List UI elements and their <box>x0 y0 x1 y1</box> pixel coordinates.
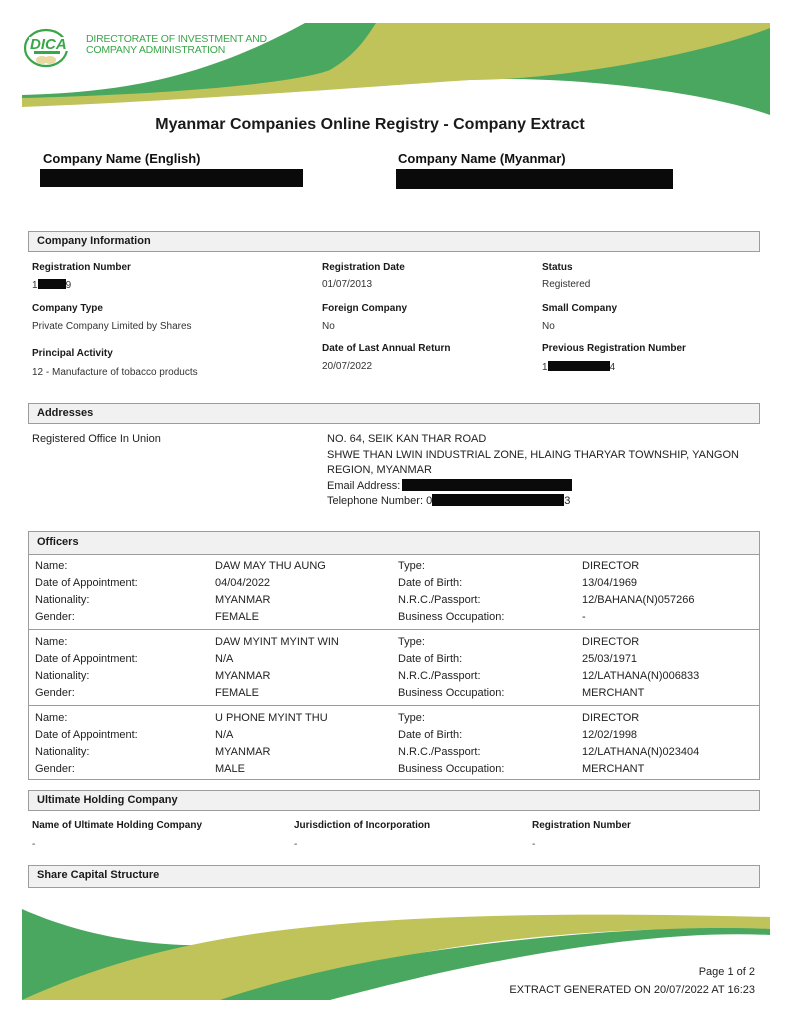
officer-date-of-appointment-label: Date of Appointment: <box>35 651 138 668</box>
officer-date-of-birth-value: 25/03/1971 <box>582 651 699 668</box>
officer-values: DIRECTOR13/04/196912/BAHANA(N)057266- <box>582 558 695 626</box>
officer-gender-label: Gender: <box>35 609 138 626</box>
address-line3: REGION, MYANMAR <box>327 463 757 479</box>
company-name-myanmar-label: Company Name (Myanmar) <box>398 151 566 166</box>
ultimate-holding-name-value: - <box>32 839 35 850</box>
page-title: Myanmar Companies Online Registry - Comp… <box>0 116 740 134</box>
address-line1: NO. 64, SEIK KAN THAR ROAD <box>327 432 757 448</box>
officer-labels: Type:Date of Birth:N.R.C./Passport:Busin… <box>398 710 504 778</box>
section-title: Company Information <box>37 235 151 247</box>
dica-logo-icon: DICA <box>22 24 82 68</box>
officer-business-occupation-label: Business Occupation: <box>398 609 504 626</box>
officer-date-of-birth-label: Date of Birth: <box>398 575 504 592</box>
officer-business-occupation-value: MERCHANT <box>582 685 699 702</box>
officer-date-of-appointment-label: Date of Appointment: <box>35 575 138 592</box>
officer-name-value: DAW MYINT MYINT WIN <box>215 634 339 651</box>
ultimate-holding-name-label: Name of Ultimate Holding Company <box>32 820 202 831</box>
registered-office-label: Registered Office In Union <box>32 432 161 448</box>
previous-registration-number-label: Previous Registration Number <box>542 343 686 354</box>
company-type-value: Private Company Limited by Shares <box>32 321 192 332</box>
officer-nationality-label: Nationality: <box>35 744 138 761</box>
officer-gender-label: Gender: <box>35 761 138 778</box>
extract-generated-timestamp: EXTRACT GENERATED ON 20/07/2022 AT 16:23 <box>509 984 755 996</box>
redacted-reg-number <box>38 279 66 289</box>
organization-name: DIRECTORATE OF INVESTMENT AND COMPANY AD… <box>86 34 267 56</box>
small-company-value: No <box>542 321 555 332</box>
officer-nationality-label: Nationality: <box>35 668 138 685</box>
redacted-email <box>402 479 572 491</box>
email-row: Email Address: <box>327 479 757 495</box>
svg-text:DICA: DICA <box>30 36 67 53</box>
last-annual-return-value: 20/07/2022 <box>322 361 372 372</box>
officer-date-of-appointment-value: N/A <box>215 727 328 744</box>
officer-type-value: DIRECTOR <box>582 558 695 575</box>
header-wave-decoration <box>0 0 791 125</box>
officer-gender-value: MALE <box>215 761 328 778</box>
redacted-phone <box>432 494 564 506</box>
officer-type-label: Type: <box>398 634 504 651</box>
officer-date-of-appointment-value: 04/04/2022 <box>215 575 326 592</box>
officer-business-occupation-value: - <box>582 609 695 626</box>
officer-nrc-passport-label: N.R.C./Passport: <box>398 744 504 761</box>
jurisdiction-label: Jurisdiction of Incorporation <box>294 820 430 831</box>
footer-wave-decoration <box>0 895 791 1024</box>
email-label: Email Address: <box>327 480 400 492</box>
address-line2: SHWE THAN LWIN INDUSTRIAL ZONE, HLAING T… <box>327 448 757 464</box>
officer-values: DIRECTOR12/02/199812/LATHANA(N)023404MER… <box>582 710 699 778</box>
principal-activity-label: Principal Activity <box>32 348 113 359</box>
officer-type-value: DIRECTOR <box>582 710 699 727</box>
previous-registration-number-value: 14 <box>542 361 615 373</box>
officers-list: Name:Date of Appointment:Nationality:Gen… <box>28 554 760 780</box>
section-title: Ultimate Holding Company <box>37 794 178 806</box>
officer-nationality-value: MYANMAR <box>215 668 339 685</box>
officer-gender-value: FEMALE <box>215 609 326 626</box>
officer-values: DAW MYINT MYINT WINN/AMYANMARFEMALE <box>215 634 339 702</box>
officer-business-occupation-label: Business Occupation: <box>398 761 504 778</box>
officer-name-value: U PHONE MYINT THU <box>215 710 328 727</box>
officer-name-label: Name: <box>35 634 138 651</box>
section-header-company-information: Company Information <box>28 231 760 252</box>
company-name-english-label: Company Name (English) <box>43 151 200 166</box>
officer-name-label: Name: <box>35 558 138 575</box>
phone-label: Telephone Number: <box>327 495 423 507</box>
foreign-company-label: Foreign Company <box>322 303 407 314</box>
officer-row: Name:Date of Appointment:Nationality:Gen… <box>29 705 759 781</box>
page-number: Page 1 of 2 <box>699 966 755 978</box>
officer-nrc-passport-value: 12/BAHANA(N)057266 <box>582 592 695 609</box>
officer-labels: Name:Date of Appointment:Nationality:Gen… <box>35 710 138 778</box>
officer-nationality-label: Nationality: <box>35 592 138 609</box>
section-title: Officers <box>37 536 79 548</box>
officer-type-label: Type: <box>398 558 504 575</box>
officer-labels: Type:Date of Birth:N.R.C./Passport:Busin… <box>398 558 504 626</box>
officer-type-label: Type: <box>398 710 504 727</box>
registered-office-address: NO. 64, SEIK KAN THAR ROAD SHWE THAN LWI… <box>327 432 757 510</box>
officer-labels: Name:Date of Appointment:Nationality:Gen… <box>35 634 138 702</box>
section-header-ultimate-holding-company: Ultimate Holding Company <box>28 790 760 811</box>
officer-date-of-appointment-value: N/A <box>215 651 339 668</box>
uhc-registration-number-label: Registration Number <box>532 820 631 831</box>
officer-nrc-passport-label: N.R.C./Passport: <box>398 592 504 609</box>
company-type-label: Company Type <box>32 303 103 314</box>
section-title: Share Capital Structure <box>37 869 159 881</box>
phone-row: Telephone Number: 03 <box>327 494 757 510</box>
section-header-addresses: Addresses <box>28 403 760 424</box>
redacted-company-name-myanmar <box>396 169 673 189</box>
status-value: Registered <box>542 279 590 290</box>
prev-reg-suffix: 4 <box>610 362 616 373</box>
registration-number-value: 19 <box>32 279 71 291</box>
uhc-registration-number-value: - <box>532 839 535 850</box>
registration-date-value: 01/07/2013 <box>322 279 372 290</box>
officer-name-value: DAW MAY THU AUNG <box>215 558 326 575</box>
org-name-line2: COMPANY ADMINISTRATION <box>86 45 267 56</box>
redacted-prev-reg-number <box>548 361 610 371</box>
officer-date-of-birth-value: 13/04/1969 <box>582 575 695 592</box>
status-label: Status <box>542 262 573 273</box>
section-title: Addresses <box>37 407 93 419</box>
officer-type-value: DIRECTOR <box>582 634 699 651</box>
officer-nrc-passport-label: N.R.C./Passport: <box>398 668 504 685</box>
section-header-share-capital-structure: Share Capital Structure <box>28 865 760 888</box>
officer-gender-label: Gender: <box>35 685 138 702</box>
officer-nationality-value: MYANMAR <box>215 592 326 609</box>
officer-business-occupation-label: Business Occupation: <box>398 685 504 702</box>
officer-values: DAW MAY THU AUNG04/04/2022MYANMARFEMALE <box>215 558 326 626</box>
phone-suffix: 3 <box>564 495 570 507</box>
redacted-company-name-english <box>40 169 303 187</box>
officer-date-of-birth-label: Date of Birth: <box>398 727 504 744</box>
officer-business-occupation-value: MERCHANT <box>582 761 699 778</box>
officer-date-of-appointment-label: Date of Appointment: <box>35 727 138 744</box>
dica-logo: DICA <box>22 24 82 68</box>
section-header-officers: Officers <box>28 531 760 555</box>
registration-number-label: Registration Number <box>32 262 131 273</box>
last-annual-return-label: Date of Last Annual Return <box>322 343 451 354</box>
officer-gender-value: FEMALE <box>215 685 339 702</box>
officer-labels: Type:Date of Birth:N.R.C./Passport:Busin… <box>398 634 504 702</box>
officer-nrc-passport-value: 12/LATHANA(N)006833 <box>582 668 699 685</box>
officer-date-of-birth-label: Date of Birth: <box>398 651 504 668</box>
officer-date-of-birth-value: 12/02/1998 <box>582 727 699 744</box>
principal-activity-value: 12 - Manufacture of tobacco products <box>32 367 198 378</box>
registration-date-label: Registration Date <box>322 262 405 273</box>
officer-values: U PHONE MYINT THUN/AMYANMARMALE <box>215 710 328 778</box>
officer-row: Name:Date of Appointment:Nationality:Gen… <box>29 554 759 629</box>
reg-number-suffix: 9 <box>66 280 72 291</box>
officer-nrc-passport-value: 12/LATHANA(N)023404 <box>582 744 699 761</box>
small-company-label: Small Company <box>542 303 617 314</box>
officer-name-label: Name: <box>35 710 138 727</box>
officer-values: DIRECTOR25/03/197112/LATHANA(N)006833MER… <box>582 634 699 702</box>
officer-row: Name:Date of Appointment:Nationality:Gen… <box>29 629 759 705</box>
foreign-company-value: No <box>322 321 335 332</box>
jurisdiction-value: - <box>294 839 297 850</box>
officer-nationality-value: MYANMAR <box>215 744 328 761</box>
officer-labels: Name:Date of Appointment:Nationality:Gen… <box>35 558 138 626</box>
